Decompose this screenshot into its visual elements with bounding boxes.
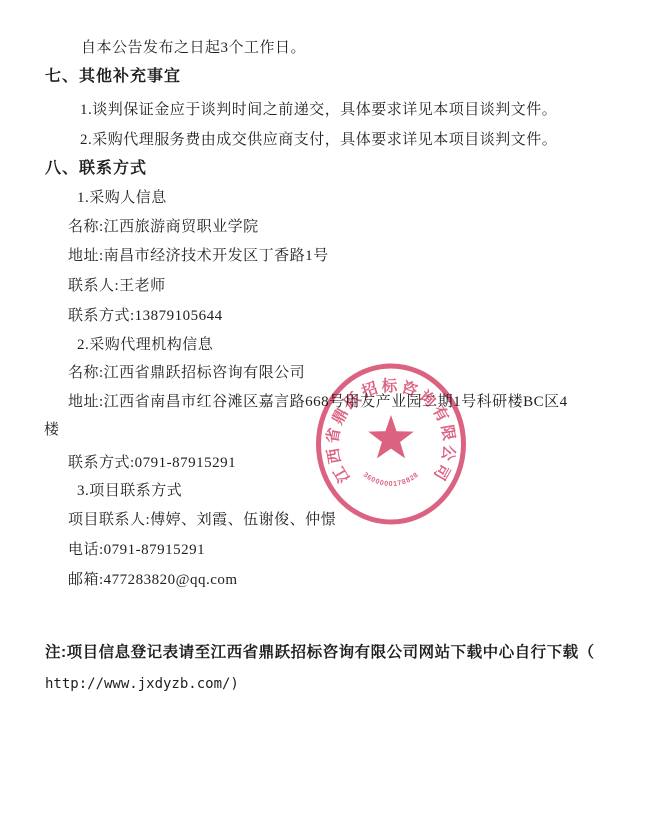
project-phone-line: 电话:0791-87915291 — [68, 540, 205, 560]
agency-info-title: 2.采购代理机构信息 — [77, 335, 213, 355]
section-7-item-2: 2.采购代理服务费由成交供应商支付，具体要求详见本项目谈判文件。 — [80, 130, 557, 150]
project-contacts-line: 项目联系人:傅婷、刘霞、伍谢俊、仲憬 — [68, 510, 336, 530]
section-7-heading: 七、其他补充事宜 — [45, 67, 181, 87]
section-7-item-1: 1.谈判保证金应于谈判时间之前递交，具体要求详见本项目谈判文件。 — [80, 100, 557, 120]
seal-ring — [319, 366, 464, 522]
agency-address-line-2: 楼 — [44, 420, 60, 440]
agency-address-line-1: 地址:江西省南昌市红谷滩区嘉言路668号用友产业园二期1号科研楼BC区4 — [68, 392, 568, 412]
download-note-line: 注:项目信息登记表请至江西省鼎跃招标咨询有限公司网站下载中心自行下载（ — [45, 643, 595, 663]
buyer-name-line: 名称:江西旅游商贸职业学院 — [68, 217, 259, 237]
agency-name-line: 名称:江西省鼎跃招标咨询有限公司 — [68, 363, 305, 383]
buyer-info-title: 1.采购人信息 — [77, 188, 167, 208]
buyer-phone-line: 联系方式:13879105644 — [68, 306, 223, 326]
project-contact-title: 3.项目联系方式 — [77, 481, 182, 501]
section-8-heading: 八、联系方式 — [45, 159, 147, 179]
notice-period-line: 自本公告发布之日起3个工作日。 — [81, 38, 306, 58]
seal-serial-arc-text: 3600000178828 — [362, 471, 421, 488]
agency-phone-line: 联系方式:0791-87915291 — [68, 453, 236, 473]
download-url-line: http://www.jxdyzb.com/) — [45, 674, 239, 694]
project-email-line: 邮箱:477283820@qq.com — [68, 570, 238, 590]
buyer-address-line: 地址:南昌市经济技术开发区丁香路1号 — [68, 246, 329, 266]
star-icon — [368, 415, 414, 458]
buyer-contact-line: 联系人:王老师 — [68, 276, 166, 296]
official-company-seal: 江西省鼎跃招标咨询有限公司 3600000178828 — [315, 361, 467, 527]
document-page: 自本公告发布之日起3个工作日。 七、其他补充事宜 1.谈判保证金应于谈判时间之前… — [0, 0, 671, 825]
